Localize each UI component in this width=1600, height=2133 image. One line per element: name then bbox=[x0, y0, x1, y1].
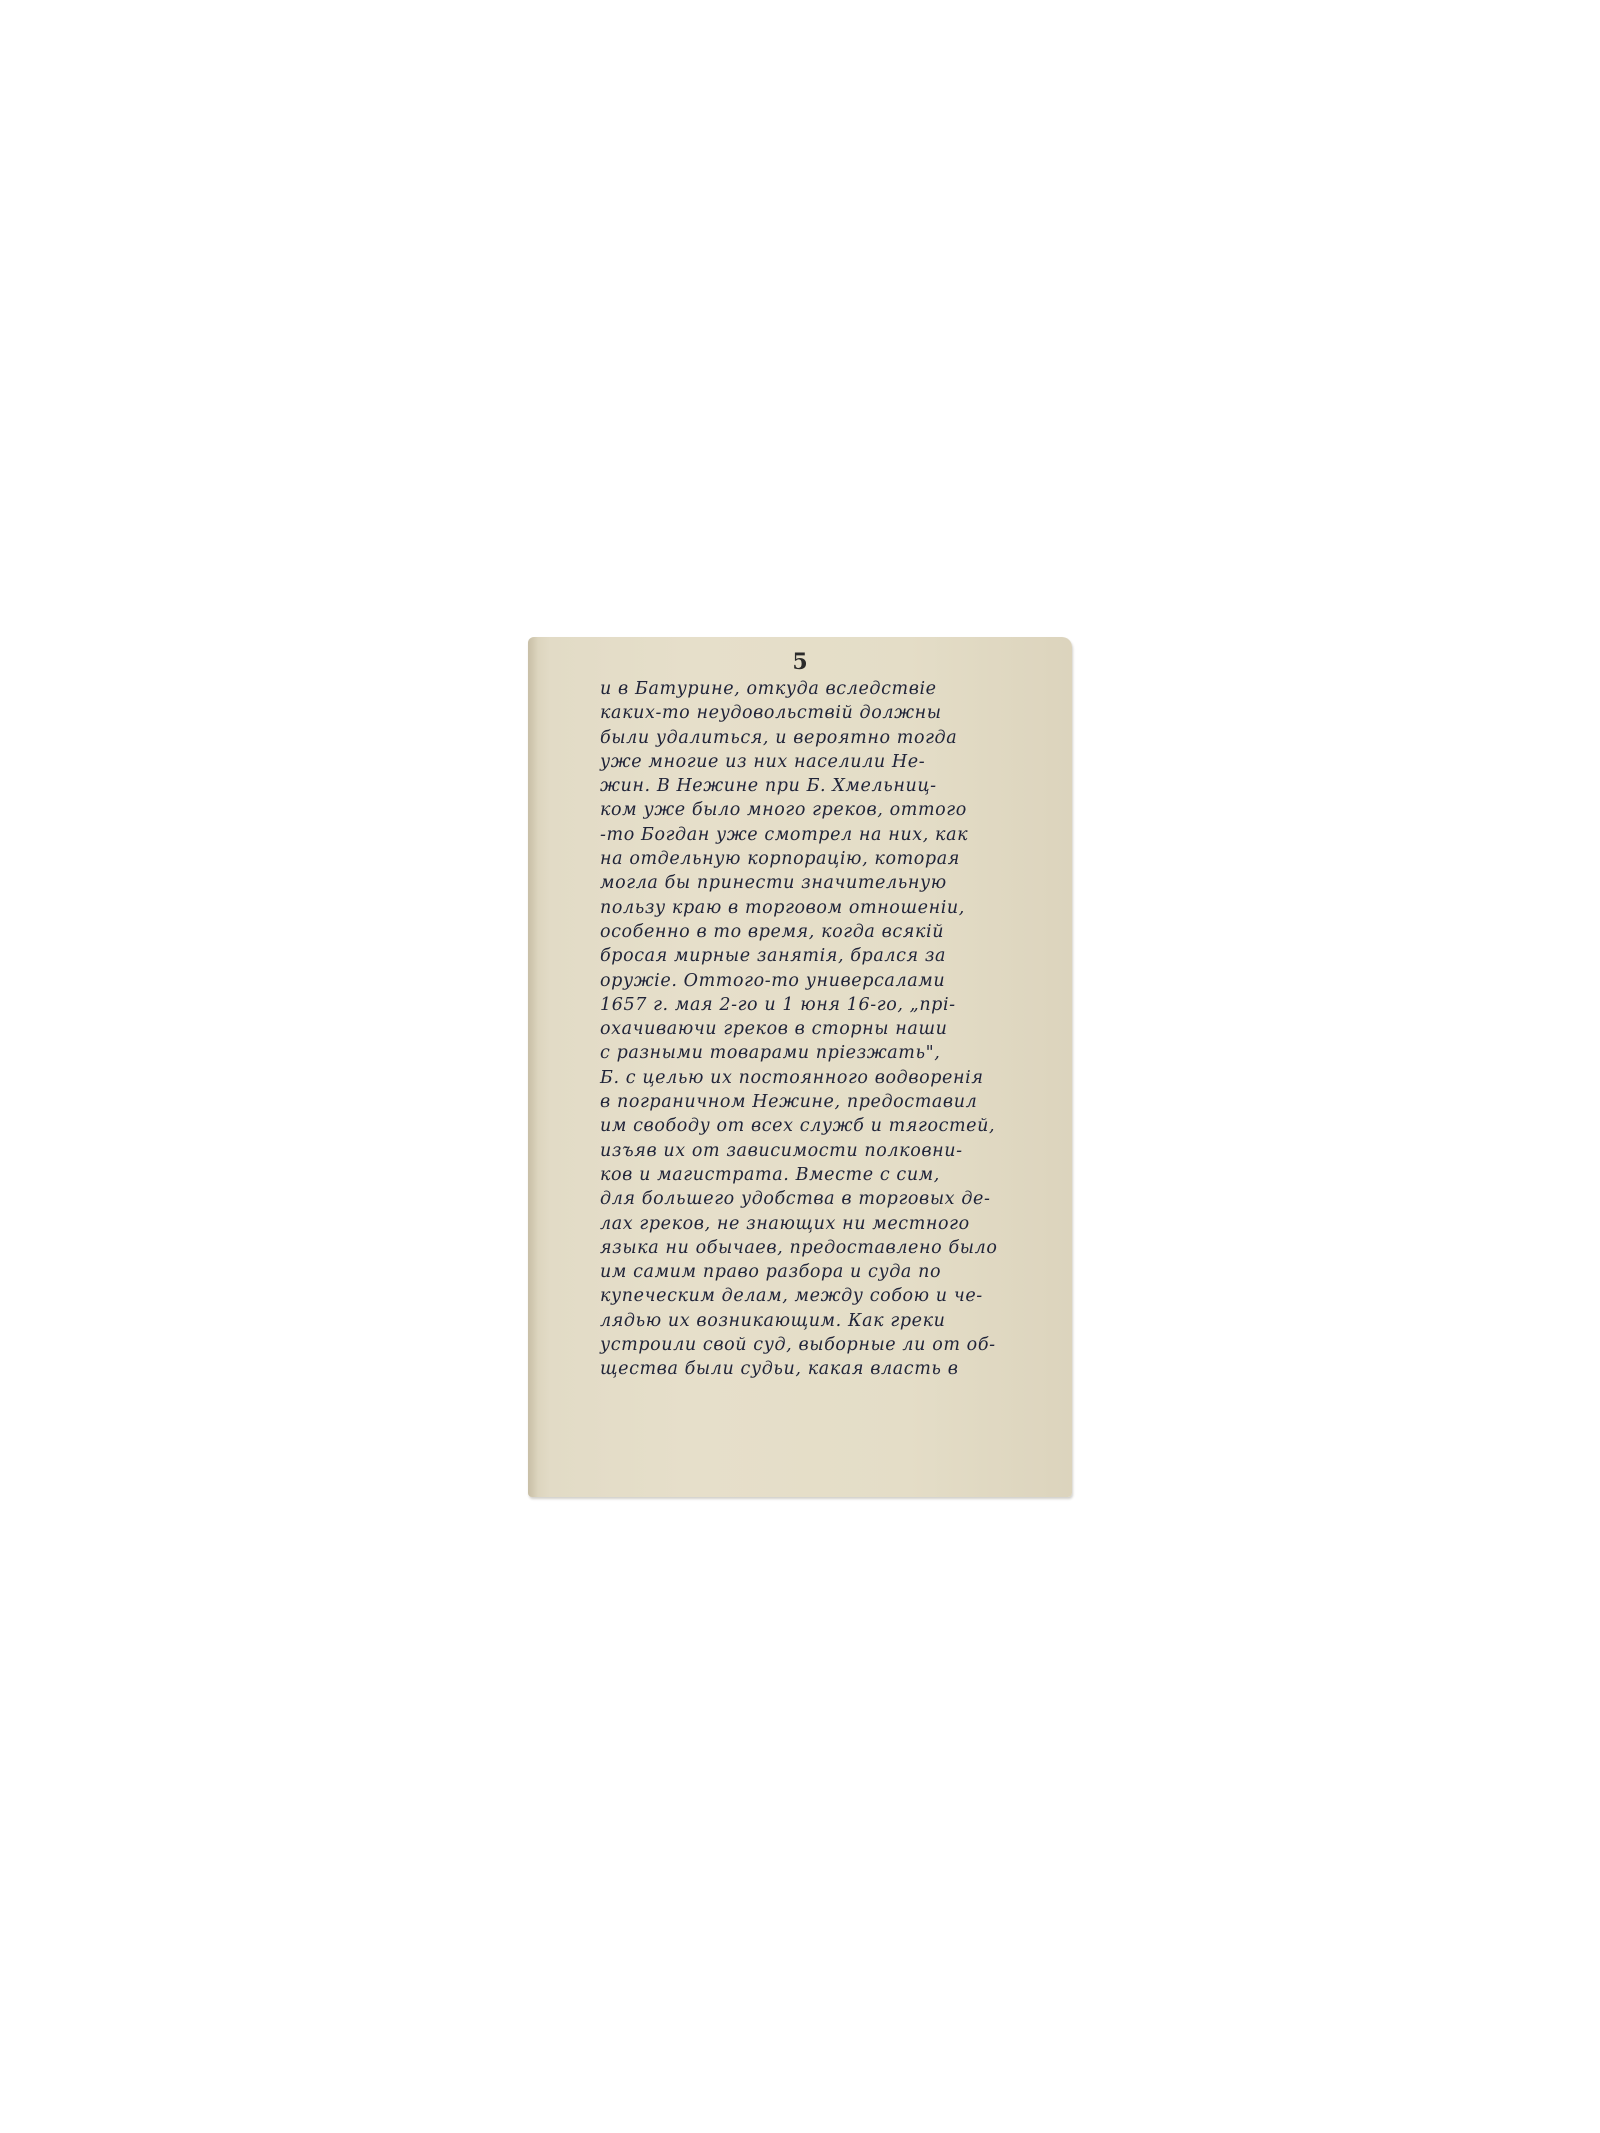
text-line: в пограничном Нежине, предоставил bbox=[600, 1090, 1040, 1114]
text-line: изъяв их от зависимости полковни- bbox=[600, 1139, 1040, 1163]
text-line: и в Батурине, откуда вследствіе bbox=[600, 677, 1040, 701]
text-line: жин. В Нежине при Б. Хмельниц- bbox=[600, 774, 1040, 798]
text-line: -то Богдан уже смотрел на них, как bbox=[600, 823, 1040, 847]
text-line: каких-то неудовольствій должны bbox=[600, 701, 1040, 725]
manuscript-page: 5 и в Батурине, откуда вследствіекаких-т… bbox=[528, 637, 1072, 1497]
text-line: языка ни обычаев, предоставлено было bbox=[600, 1236, 1040, 1260]
text-line: с разными товарами пріезжать", bbox=[600, 1041, 1040, 1065]
text-line: им самим право разбора и суда по bbox=[600, 1260, 1040, 1284]
text-line: для большего удобства в торговых де- bbox=[600, 1187, 1040, 1211]
text-line: устроили свой суд, выборные ли от об- bbox=[600, 1333, 1040, 1357]
text-line: Б. с целью их постоянного водворенія bbox=[600, 1066, 1040, 1090]
text-line: 1657 г. мая 2-го и 1 юня 16-го, „прі- bbox=[600, 993, 1040, 1017]
text-line: ков и магистрата. Вместе с сим, bbox=[600, 1163, 1040, 1187]
text-line: купеческим делам, между собою и че- bbox=[600, 1284, 1040, 1308]
text-line: лах греков, не знающих ни местного bbox=[600, 1212, 1040, 1236]
text-line: на отдельную корпорацію, которая bbox=[600, 847, 1040, 871]
page-number: 5 bbox=[528, 649, 1072, 675]
handwritten-text-body: и в Батурине, откуда вследствіекаких-то … bbox=[600, 677, 1040, 1382]
text-line: уже многие из них населили Не- bbox=[600, 750, 1040, 774]
text-line: щества были судьи, какая власть в bbox=[600, 1357, 1040, 1381]
text-line: им свободу от всех служб и тягостей, bbox=[600, 1114, 1040, 1138]
text-line: пользу краю в торговом отношеніи, bbox=[600, 896, 1040, 920]
text-line: могла бы принести значительную bbox=[600, 871, 1040, 895]
text-line: оружіе. Оттого-то универсалами bbox=[600, 969, 1040, 993]
text-line: ком уже было много греков, оттого bbox=[600, 798, 1040, 822]
text-line: были удалиться, и вероятно тогда bbox=[600, 726, 1040, 750]
text-line: особенно в то время, когда всякій bbox=[600, 920, 1040, 944]
text-line: охачиваючи греков в сторны наши bbox=[600, 1017, 1040, 1041]
text-line: лядью их возникающим. Как греки bbox=[600, 1309, 1040, 1333]
text-line: бросая мирные занятія, брался за bbox=[600, 944, 1040, 968]
